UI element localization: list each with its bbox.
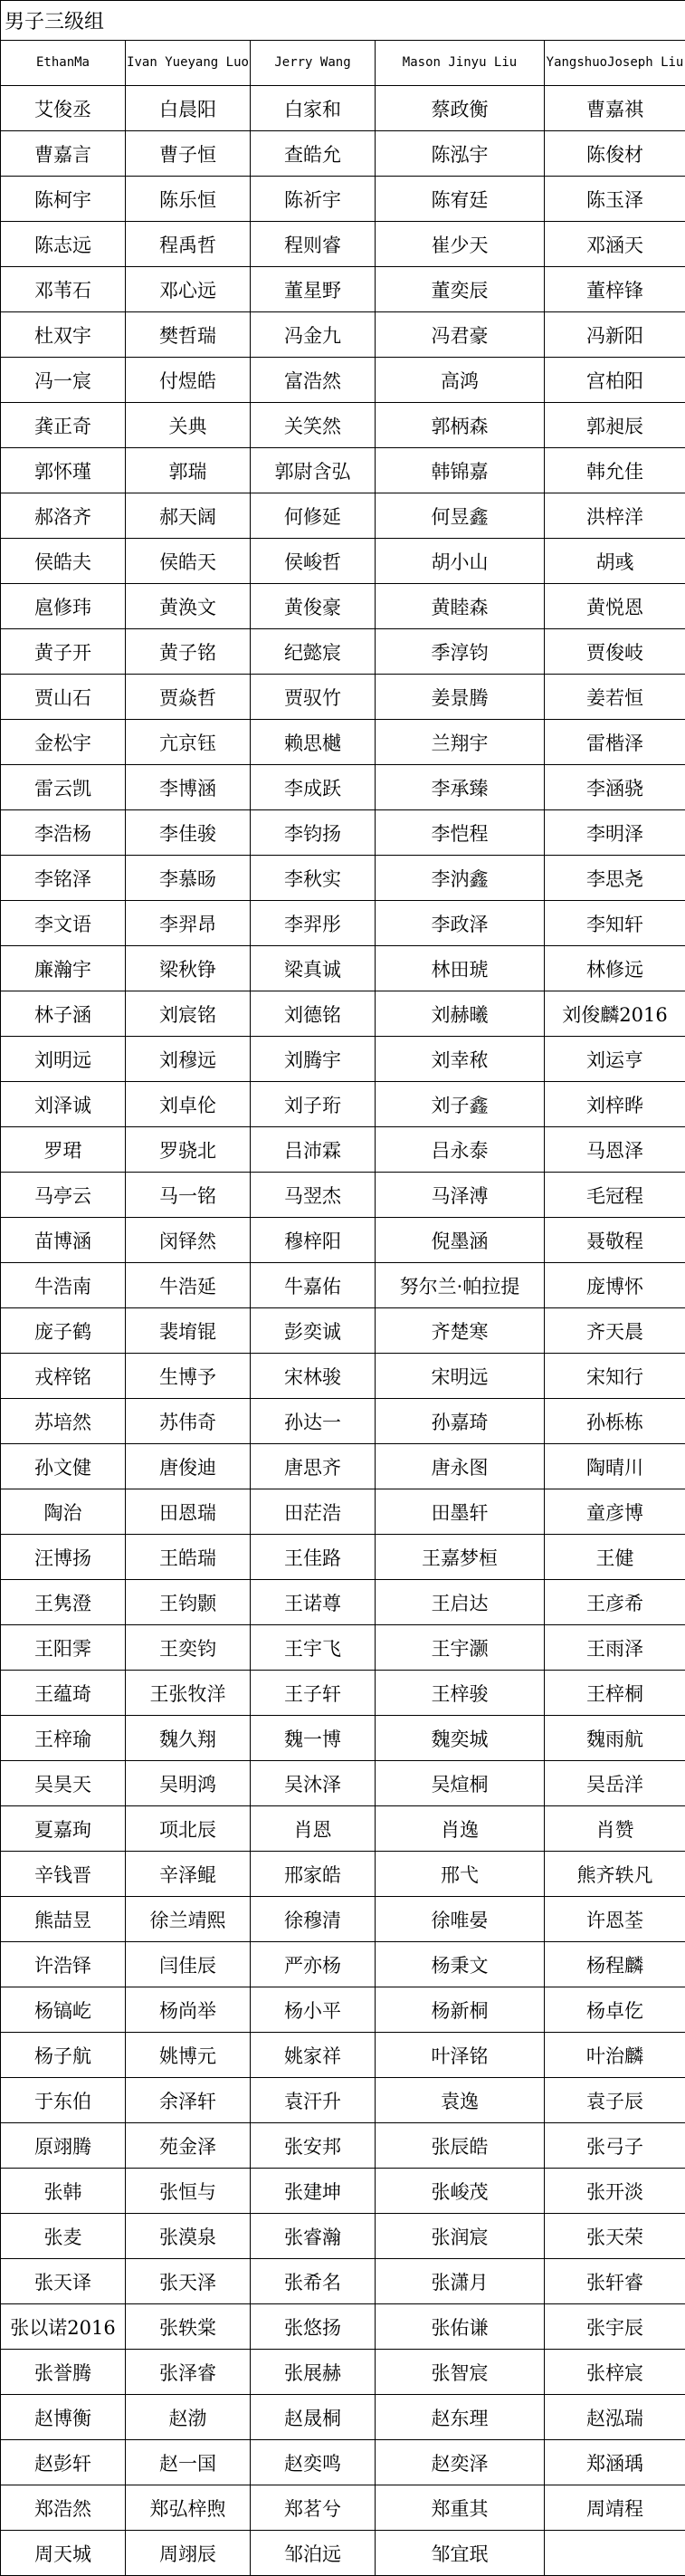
name-cell: 唐永图 [376, 1444, 545, 1489]
name-cell: 叶治麟 [545, 2033, 685, 2078]
name-cell: 贾俊岐 [545, 629, 685, 675]
title-row: 男子三级组 [1, 1, 685, 41]
name-cell: 张宇辰 [545, 2304, 685, 2350]
table-row: 张誉腾张泽睿张展赫张智宸张梓宸 [1, 2350, 685, 2395]
group-title: 男子三级组 [1, 1, 685, 41]
name-cell: 李秋实 [251, 856, 376, 901]
table-row: 牛浩南牛浩延牛嘉佑努尔兰·帕拉提庞博怀 [1, 1263, 685, 1308]
name-cell: 张梓宸 [545, 2350, 685, 2395]
name-cell: 田茫浩 [251, 1489, 376, 1535]
name-cell: 吴岳洋 [545, 1761, 685, 1806]
name-cell: 苑金泽 [126, 2123, 251, 2169]
name-cell: 杨秉文 [376, 1942, 545, 1987]
name-cell: 关典 [126, 403, 251, 448]
table-row: 邓苇石邓心远董星野董奕辰董梓锋 [1, 267, 685, 312]
name-cell: 梁秋铮 [126, 946, 251, 991]
name-cell: 刘穆远 [126, 1037, 251, 1082]
table-row: 林子涵刘宸铭刘德铭刘赫曦刘俊麟2016 [1, 991, 685, 1037]
name-cell: 蔡政衡 [376, 86, 545, 131]
name-cell: 梁真诚 [251, 946, 376, 991]
name-cell: 刘泽诚 [1, 1082, 126, 1127]
name-cell: 马泽溥 [376, 1173, 545, 1218]
name-cell: 袁汗升 [251, 2078, 376, 2123]
name-cell: 穆梓阳 [251, 1218, 376, 1263]
name-cell: 邹泊远 [251, 2531, 376, 2576]
name-cell: 肖赞 [545, 1806, 685, 1852]
name-cell: 唐俊迪 [126, 1444, 251, 1489]
name-cell: 亢京钰 [126, 720, 251, 765]
name-cell: 王宇飞 [251, 1625, 376, 1671]
name-cell: 彭奕诚 [251, 1308, 376, 1354]
table-row: 马亭云马一铭马翌杰马泽溥毛冠程 [1, 1173, 685, 1218]
name-cell: 陈俊材 [545, 131, 685, 177]
name-cell: 樊哲瑞 [126, 312, 251, 358]
name-cell: 王张牧洋 [126, 1671, 251, 1716]
name-cell: 吴煊桐 [376, 1761, 545, 1806]
name-cell: 许浩铎 [1, 1942, 126, 1987]
name-cell: 周天城 [1, 2531, 126, 2576]
name-cell: 辛钱晋 [1, 1852, 126, 1897]
name-cell: 田恩瑞 [126, 1489, 251, 1535]
name-cell: 黄子铭 [126, 629, 251, 675]
name-cell: 邓涵天 [545, 222, 685, 267]
name-cell: 王隽澄 [1, 1580, 126, 1625]
table-row: 龚正奇关典关笑然郭柄森郭昶辰 [1, 403, 685, 448]
name-cell: 赵彭轩 [1, 2440, 126, 2485]
name-cell: 张以诺2016 [1, 2304, 126, 2350]
name-cell: 闫佳辰 [126, 1942, 251, 1987]
name-cell: 刘明远 [1, 1037, 126, 1082]
name-cell: 魏雨航 [545, 1716, 685, 1761]
name-cell: 何修延 [251, 493, 376, 539]
name-cell: 李慕旸 [126, 856, 251, 901]
name-cell: 林田琥 [376, 946, 545, 991]
name-cell: 齐楚寒 [376, 1308, 545, 1354]
name-cell: 周翊辰 [126, 2531, 251, 2576]
name-cell: 罗珺 [1, 1127, 126, 1173]
name-cell: 宋明远 [376, 1354, 545, 1399]
name-cell: 唐思齐 [251, 1444, 376, 1489]
name-cell: 魏奕城 [376, 1716, 545, 1761]
name-cell: 洪梓洋 [545, 493, 685, 539]
name-cell: 郑弘梓煦 [126, 2485, 251, 2531]
name-cell: 熊喆昱 [1, 1897, 126, 1942]
table-row: 苗博涵闵铎然穆梓阳倪墨涵聂敬程 [1, 1218, 685, 1263]
name-cell: 马亭云 [1, 1173, 126, 1218]
name-cell: 张恒与 [126, 2169, 251, 2214]
name-cell: 倪墨涵 [376, 1218, 545, 1263]
table-row: 吴昊天吴明鸿吴沐泽吴煊桐吴岳洋 [1, 1761, 685, 1806]
name-cell: 王健 [545, 1535, 685, 1580]
name-cell: 王诺尊 [251, 1580, 376, 1625]
table-row: 赵博衡赵渤赵晟桐赵东理赵泓瑞 [1, 2395, 685, 2440]
name-cell: 陈柯宇 [1, 177, 126, 222]
name-cell: 许恩荃 [545, 1897, 685, 1942]
name-cell: 刘梓晔 [545, 1082, 685, 1127]
name-cell: 肖恩 [251, 1806, 376, 1852]
name-cell: 吴沐泽 [251, 1761, 376, 1806]
name-cell: 林修远 [545, 946, 685, 991]
name-cell: 纪懿宸 [251, 629, 376, 675]
name-cell: 赵一国 [126, 2440, 251, 2485]
name-cell: 龚正奇 [1, 403, 126, 448]
name-cell: 吕永泰 [376, 1127, 545, 1173]
name-cell: 艾俊丞 [1, 86, 126, 131]
table-row: 周天城周翊辰邹泊远邹宜珉 [1, 2531, 685, 2576]
table-row: 王阳霁王奕钧王宇飞王宇灏王雨泽 [1, 1625, 685, 1671]
name-cell: 金松宇 [1, 720, 126, 765]
name-cell: 兰翔宇 [376, 720, 545, 765]
name-cell: 冯新阳 [545, 312, 685, 358]
name-cell: 程则睿 [251, 222, 376, 267]
name-cell: 查皓允 [251, 131, 376, 177]
name-cell: 马一铭 [126, 1173, 251, 1218]
name-cell: 赵奕泽 [376, 2440, 545, 2485]
table-row: 黄子开黄子铭纪懿宸季淳钧贾俊岐 [1, 629, 685, 675]
name-cell: 李承臻 [376, 765, 545, 810]
name-cell: 姜若恒 [545, 675, 685, 720]
name-cell: 张安邦 [251, 2123, 376, 2169]
name-cell: 白家和 [251, 86, 376, 131]
name-cell: 王阳霁 [1, 1625, 126, 1671]
name-cell: 王皓瑞 [126, 1535, 251, 1580]
name-cell: 吕沛霖 [251, 1127, 376, 1173]
name-cell: 牛嘉佑 [251, 1263, 376, 1308]
name-cell: 王梓骏 [376, 1671, 545, 1716]
table-row: 张韩张恒与张建坤张峻茂张开淡 [1, 2169, 685, 2214]
name-cell: 张开淡 [545, 2169, 685, 2214]
name-cell: 张漠泉 [126, 2214, 251, 2259]
name-cell: 宋知行 [545, 1354, 685, 1399]
table-row: 庞子鹤裴堉锟彭奕诚齐楚寒齐天晨 [1, 1308, 685, 1354]
table-row: 扈修玮黄涣文黄俊豪黄睦森黄悦恩 [1, 584, 685, 629]
name-cell: 徐兰靖熙 [126, 1897, 251, 1942]
table-row: 王梓瑜魏久翔魏一博魏奕城魏雨航 [1, 1716, 685, 1761]
name-cell: 严亦杨 [251, 1942, 376, 1987]
name-cell: 李浩杨 [1, 810, 126, 856]
name-cell: 崔少天 [376, 222, 545, 267]
name-cell: 杨新桐 [376, 1987, 545, 2033]
name-cell: 王佳路 [251, 1535, 376, 1580]
name-cell: 曹嘉言 [1, 131, 126, 177]
name-cell: 郭柄森 [376, 403, 545, 448]
name-cell: 夏嘉珣 [1, 1806, 126, 1852]
name-cell: 贾焱哲 [126, 675, 251, 720]
table-row: 雷云凯李博涵李成跃李承臻李涵骁 [1, 765, 685, 810]
table-row: 戎梓铭生博予宋林骏宋明远宋知行 [1, 1354, 685, 1399]
name-cell: 戎梓铭 [1, 1354, 126, 1399]
name-cell: 黄悦恩 [545, 584, 685, 629]
name-cell: 郝天阔 [126, 493, 251, 539]
name-cell: 李羿彤 [251, 901, 376, 946]
name-cell: 于东伯 [1, 2078, 126, 2123]
name-cell: 陈祈宇 [251, 177, 376, 222]
name-cell: 邢弋 [376, 1852, 545, 1897]
name-cell: 肖逸 [376, 1806, 545, 1852]
name-cell: 黄涣文 [126, 584, 251, 629]
name-cell: 侯峻哲 [251, 539, 376, 584]
name-cell: 张天泽 [126, 2259, 251, 2304]
name-cell: 高鸿 [376, 358, 545, 403]
name-cell: 陶晴川 [545, 1444, 685, 1489]
name-cell: 张天译 [1, 2259, 126, 2304]
name-cell: 赵博衡 [1, 2395, 126, 2440]
name-cell: 齐天晨 [545, 1308, 685, 1354]
table-row: 郑浩然郑弘梓煦郑茗兮郑重其周靖程 [1, 2485, 685, 2531]
name-cell: 张悠扬 [251, 2304, 376, 2350]
name-cell: 廉瀚宇 [1, 946, 126, 991]
name-cell: 贾驭竹 [251, 675, 376, 720]
column-header: Mason Jinyu Liu [376, 41, 545, 86]
name-cell: 邢家皓 [251, 1852, 376, 1897]
table-row: 李铭泽李慕旸李秋实李汭鑫李思尧 [1, 856, 685, 901]
name-cell: 张希名 [251, 2259, 376, 2304]
table-row: 于东伯余泽轩袁汗升袁逸袁子辰 [1, 2078, 685, 2123]
name-cell: 王宇灏 [376, 1625, 545, 1671]
table-row: 贾山石贾焱哲贾驭竹姜景腾姜若恒 [1, 675, 685, 720]
name-cell: 赵奕鸣 [251, 2440, 376, 2485]
name-cell: 王子轩 [251, 1671, 376, 1716]
name-cell: 李成跃 [251, 765, 376, 810]
name-cell: 苏培然 [1, 1399, 126, 1444]
name-cell: 李汭鑫 [376, 856, 545, 901]
name-cell: 刘卓伦 [126, 1082, 251, 1127]
name-cell: 袁逸 [376, 2078, 545, 2123]
name-cell: 白晨阳 [126, 86, 251, 131]
name-cell: 魏久翔 [126, 1716, 251, 1761]
name-cell: 关笑然 [251, 403, 376, 448]
table-row: 张以诺2016张轶棠张悠扬张佑谦张宇辰 [1, 2304, 685, 2350]
table-row: 杜双宇樊哲瑞冯金九冯君豪冯新阳 [1, 312, 685, 358]
name-cell: 程禹哲 [126, 222, 251, 267]
name-cell: 庞博怀 [545, 1263, 685, 1308]
name-cell: 田墨轩 [376, 1489, 545, 1535]
name-cell: 董梓锋 [545, 267, 685, 312]
name-cell: 曹子恒 [126, 131, 251, 177]
name-cell: 郑茗兮 [251, 2485, 376, 2531]
name-cell: 李知轩 [545, 901, 685, 946]
column-header: Ivan Yueyang Luo [126, 41, 251, 86]
name-cell: 王奕钧 [126, 1625, 251, 1671]
name-cell: 王启达 [376, 1580, 545, 1625]
name-cell: 袁子辰 [545, 2078, 685, 2123]
name-cell: 庞子鹤 [1, 1308, 126, 1354]
name-cell [545, 2531, 685, 2576]
name-cell: 赵泓瑞 [545, 2395, 685, 2440]
name-cell: 杨尚举 [126, 1987, 251, 2033]
column-header: YangshuoJoseph Liu [545, 41, 685, 86]
name-cell: 张泽睿 [126, 2350, 251, 2395]
name-cell: 邓心远 [126, 267, 251, 312]
name-cell: 张天荣 [545, 2214, 685, 2259]
name-cell: 张睿瀚 [251, 2214, 376, 2259]
table-row: 李文语李羿昂李羿彤李政泽李知轩 [1, 901, 685, 946]
name-cell: 罗骁北 [126, 1127, 251, 1173]
table-row: 刘明远刘穆远刘腾宇刘幸秾刘运亨 [1, 1037, 685, 1082]
table-row: 侯皓夫侯皓天侯峻哲胡小山胡彧 [1, 539, 685, 584]
name-cell: 姚博元 [126, 2033, 251, 2078]
name-cell: 赵渤 [126, 2395, 251, 2440]
table-row: 赵彭轩赵一国赵奕鸣赵奕泽郑涵瑀 [1, 2440, 685, 2485]
name-cell: 马翌杰 [251, 1173, 376, 1218]
name-cell: 毛冠程 [545, 1173, 685, 1218]
name-cell: 郭怀瑾 [1, 448, 126, 493]
name-cell: 李铭泽 [1, 856, 126, 901]
name-cell: 林子涵 [1, 991, 126, 1037]
name-cell: 张轶棠 [126, 2304, 251, 2350]
table-row: 原翊腾苑金泽张安邦张辰皓张弓子 [1, 2123, 685, 2169]
name-cell: 孙嘉琦 [376, 1399, 545, 1444]
name-cell: 王梓瑜 [1, 1716, 126, 1761]
name-cell: 项北辰 [126, 1806, 251, 1852]
name-cell: 董奕辰 [376, 267, 545, 312]
name-cell: 张韩 [1, 2169, 126, 2214]
name-cell: 孙达一 [251, 1399, 376, 1444]
name-cell: 富浩然 [251, 358, 376, 403]
name-cell: 黄睦森 [376, 584, 545, 629]
name-cell: 姜景腾 [376, 675, 545, 720]
name-cell: 陈宥廷 [376, 177, 545, 222]
table-row: 陶治田恩瑞田茫浩田墨轩童彦博 [1, 1489, 685, 1535]
name-cell: 李羿昂 [126, 901, 251, 946]
table-row: 冯一宸付煜皓富浩然高鸿宫柏阳 [1, 358, 685, 403]
name-cell: 熊齐轶凡 [545, 1852, 685, 1897]
name-cell: 汪博扬 [1, 1535, 126, 1580]
name-cell: 李佳骏 [126, 810, 251, 856]
name-cell: 陈乐恒 [126, 177, 251, 222]
table-row: 杨子航姚博元姚家祥叶泽铭叶治麟 [1, 2033, 685, 2078]
name-cell: 裴堉锟 [126, 1308, 251, 1354]
name-cell: 宫柏阳 [545, 358, 685, 403]
table-row: 辛钱晋辛泽鲲邢家皓邢弋熊齐轶凡 [1, 1852, 685, 1897]
name-cell: 冯金九 [251, 312, 376, 358]
name-cell: 王彦希 [545, 1580, 685, 1625]
name-cell: 聂敬程 [545, 1218, 685, 1263]
table-row: 汪博扬王皓瑞王佳路王嘉梦桓王健 [1, 1535, 685, 1580]
name-cell: 孙文健 [1, 1444, 126, 1489]
name-cell: 王钧颢 [126, 1580, 251, 1625]
name-cell: 雷云凯 [1, 765, 126, 810]
name-cell: 李文语 [1, 901, 126, 946]
name-cell: 刘子珩 [251, 1082, 376, 1127]
name-cell: 杜双宇 [1, 312, 126, 358]
name-cell: 吴昊天 [1, 1761, 126, 1806]
name-cell: 张弓子 [545, 2123, 685, 2169]
name-cell: 刘运亨 [545, 1037, 685, 1082]
table-row: 杨镐屹杨尚举杨小平杨新桐杨卓仡 [1, 1987, 685, 2033]
name-cell: 郝洛齐 [1, 493, 126, 539]
name-cell: 张誉腾 [1, 2350, 126, 2395]
name-cell: 原翊腾 [1, 2123, 126, 2169]
name-cell: 宋林骏 [251, 1354, 376, 1399]
table-row: 王蕴琦王张牧洋王子轩王梓骏王梓桐 [1, 1671, 685, 1716]
name-cell: 李博涵 [126, 765, 251, 810]
header-row: EthanMa Ivan Yueyang Luo Jerry Wang Maso… [1, 41, 685, 86]
name-cell: 李明泽 [545, 810, 685, 856]
name-cell: 张峻茂 [376, 2169, 545, 2214]
name-cell: 赵晟桐 [251, 2395, 376, 2440]
name-cell: 杨子航 [1, 2033, 126, 2078]
name-cell: 付煜皓 [126, 358, 251, 403]
name-cell: 邓苇石 [1, 267, 126, 312]
table-row: 郝洛齐郝天阔何修延何昱鑫洪梓洋 [1, 493, 685, 539]
name-cell: 董星野 [251, 267, 376, 312]
name-cell: 苏伟奇 [126, 1399, 251, 1444]
name-cell: 陈泓宇 [376, 131, 545, 177]
name-cell: 郭尉含弘 [251, 448, 376, 493]
name-cell: 姚家祥 [251, 2033, 376, 2078]
name-cell: 胡彧 [545, 539, 685, 584]
table-row: 李浩杨李佳骏李钧扬李恺程李明泽 [1, 810, 685, 856]
name-cell: 韩锦嘉 [376, 448, 545, 493]
name-cell: 牛浩延 [126, 1263, 251, 1308]
name-cell: 刘俊麟2016 [545, 991, 685, 1037]
name-cell: 陶治 [1, 1489, 126, 1535]
table-row: 张天译张天泽张希名张潇月张轩睿 [1, 2259, 685, 2304]
name-cell: 张潇月 [376, 2259, 545, 2304]
name-cell: 余泽轩 [126, 2078, 251, 2123]
table-row: 王隽澄王钧颢王诺尊王启达王彦希 [1, 1580, 685, 1625]
name-cell: 黄俊豪 [251, 584, 376, 629]
name-cell: 杨小平 [251, 1987, 376, 2033]
name-cell: 陈玉泽 [545, 177, 685, 222]
table-row: 郭怀瑾郭瑞郭尉含弘韩锦嘉韩允佳 [1, 448, 685, 493]
name-cell: 吴明鸿 [126, 1761, 251, 1806]
name-cell: 黄子开 [1, 629, 126, 675]
column-header: EthanMa [1, 41, 126, 86]
table-row: 夏嘉珣项北辰肖恩肖逸肖赞 [1, 1806, 685, 1852]
name-cell: 胡小山 [376, 539, 545, 584]
table-row: 熊喆昱徐兰靖熙徐穆清徐唯晏许恩荃 [1, 1897, 685, 1942]
name-cell: 贾山石 [1, 675, 126, 720]
name-cell: 侯皓夫 [1, 539, 126, 584]
name-cell: 郑涵瑀 [545, 2440, 685, 2485]
name-cell: 刘子鑫 [376, 1082, 545, 1127]
name-cell: 辛泽鲲 [126, 1852, 251, 1897]
table-row: 陈志远程禹哲程则睿崔少天邓涵天 [1, 222, 685, 267]
table-row: 廉瀚宇梁秋铮梁真诚林田琥林修远 [1, 946, 685, 991]
name-cell: 徐穆清 [251, 1897, 376, 1942]
name-cell: 王蕴琦 [1, 1671, 126, 1716]
name-cell: 王梓桐 [545, 1671, 685, 1716]
table-row: 张麦张漠泉张睿瀚张润宸张天荣 [1, 2214, 685, 2259]
name-cell: 刘腾宇 [251, 1037, 376, 1082]
name-cell: 扈修玮 [1, 584, 126, 629]
name-cell: 李政泽 [376, 901, 545, 946]
name-cell: 曹嘉祺 [545, 86, 685, 131]
name-cell: 侯皓天 [126, 539, 251, 584]
name-cell: 韩允佳 [545, 448, 685, 493]
name-cell: 叶泽铭 [376, 2033, 545, 2078]
name-cell: 杨镐屹 [1, 1987, 126, 2033]
name-cell: 冯一宸 [1, 358, 126, 403]
name-cell: 刘德铭 [251, 991, 376, 1037]
name-cell: 刘宸铭 [126, 991, 251, 1037]
name-cell: 王雨泽 [545, 1625, 685, 1671]
table-row: 苏培然苏伟奇孙达一孙嘉琦孙栎栋 [1, 1399, 685, 1444]
name-cell: 何昱鑫 [376, 493, 545, 539]
name-cell: 郭昶辰 [545, 403, 685, 448]
column-header: Jerry Wang [251, 41, 376, 86]
name-cell: 李恺程 [376, 810, 545, 856]
name-cell: 李涵骁 [545, 765, 685, 810]
table-row: 曹嘉言曹子恒查皓允陈泓宇陈俊材 [1, 131, 685, 177]
name-cell: 徐唯晏 [376, 1897, 545, 1942]
name-cell: 郑重其 [376, 2485, 545, 2531]
name-cell: 童彦博 [545, 1489, 685, 1535]
name-cell: 张润宸 [376, 2214, 545, 2259]
name-cell: 魏一博 [251, 1716, 376, 1761]
